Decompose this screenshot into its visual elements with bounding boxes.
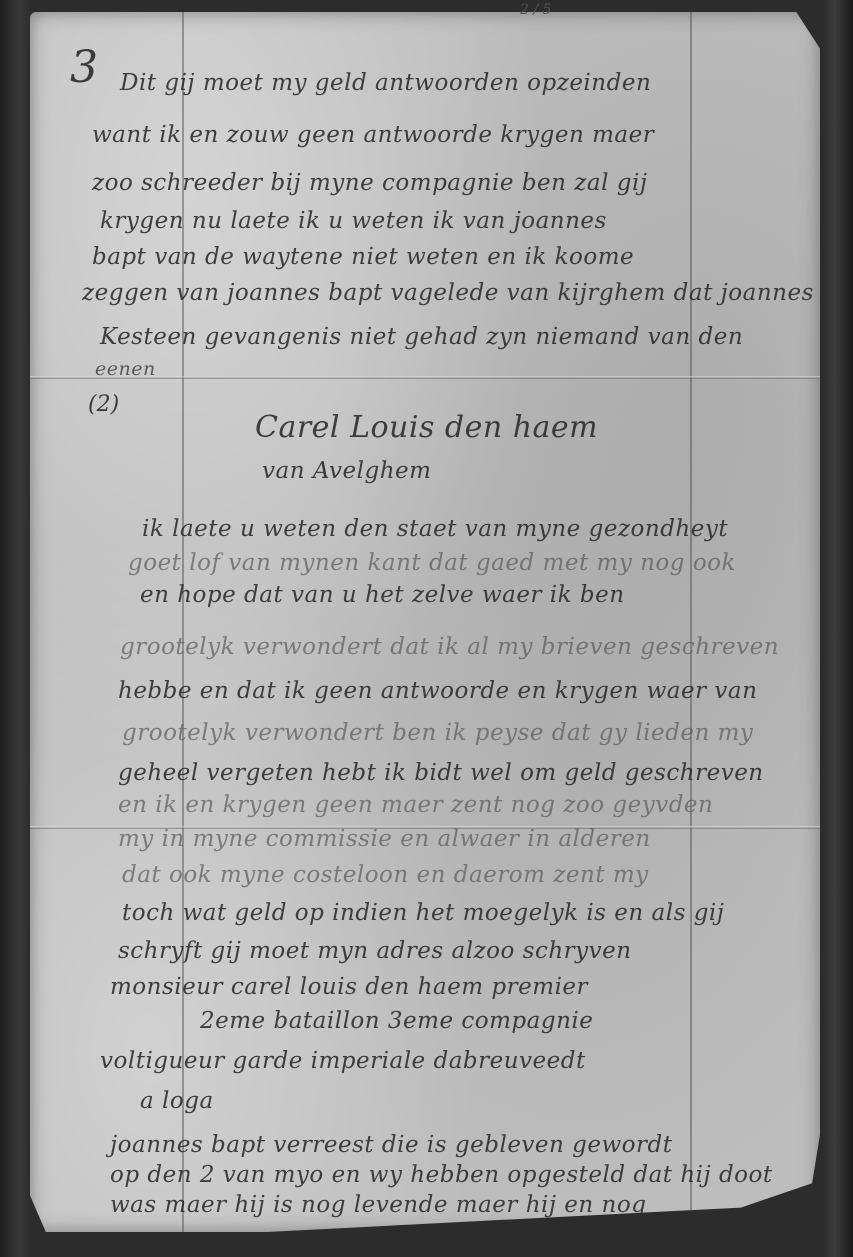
- body-line: en hope dat van u het zelve waer ik ben: [140, 582, 625, 608]
- upper-line: krygen nu laete ik u weten ik van joanne…: [100, 208, 607, 234]
- section-mark-top: 3: [70, 42, 98, 93]
- address-line: a loga: [140, 1088, 214, 1114]
- paper-sheet: 3 (2) Dit gij moet my geld antwoorden op…: [30, 12, 820, 1232]
- body-line: en ik en krygen geen maer zent nog zoo g…: [118, 792, 713, 818]
- body-line: dat ook myne costeloon en daerom zent my: [122, 862, 649, 888]
- section-mark-middle: (2): [88, 392, 119, 417]
- address-line: 2eme bataillon 3eme compagnie: [200, 1008, 593, 1034]
- document-scan: 3 (2) Dit gij moet my geld antwoorden op…: [0, 0, 853, 1257]
- page-number: 2 / 5: [520, 2, 551, 18]
- postscript-line: op den 2 van myo en wy hebben opgesteld …: [110, 1162, 773, 1188]
- sender-origin: van Avelghem: [262, 458, 431, 484]
- body-line: ik laete u weten den staet van myne gezo…: [142, 516, 728, 542]
- body-line: geheel vergeten hebt ik bidt wel om geld…: [118, 760, 764, 786]
- body-line: goet lof van mynen kant dat gaed met my …: [128, 550, 736, 576]
- address-line: voltigueur garde imperiale dabreuveedt: [100, 1048, 586, 1074]
- upper-line: bapt van de waytene niet weten en ik koo…: [92, 244, 634, 270]
- sender-name: Carel Louis den haem: [255, 410, 598, 445]
- upper-line: want ik en zouw geen antwoorde krygen ma…: [92, 122, 654, 148]
- upper-line: Kesteen gevangenis niet gehad zyn nieman…: [100, 324, 743, 350]
- body-line: toch wat geld op indien het moegelyk is …: [122, 900, 724, 926]
- right-margin-rule: [690, 12, 692, 1232]
- postscript-line: was maer hij is nog levende maer hij en …: [110, 1192, 646, 1218]
- body-line: hebbe en dat ik geen antwoorde en krygen…: [118, 678, 757, 704]
- body-line: grootelyk verwondert ben ik peyse dat gy…: [122, 720, 753, 746]
- upper-line: zeggen van joannes bapt vagelede van kij…: [82, 280, 814, 306]
- body-line: my in myne commissie en alwaer in aldere…: [118, 826, 651, 852]
- upper-line: zoo schreeder bij myne compagnie ben zal…: [92, 170, 648, 196]
- postscript-line: joannes bapt verreest die is gebleven ge…: [110, 1132, 672, 1158]
- address-line: monsieur carel louis den haem premier: [110, 974, 588, 1000]
- body-line: grootelyk verwondert dat ik al my brieve…: [120, 634, 779, 660]
- upper-line: eenen: [95, 358, 156, 380]
- body-line: schryft gij moet myn adres alzoo schryve…: [118, 938, 632, 964]
- upper-line: Dit gij moet my geld antwoorden opzeinde…: [120, 70, 651, 96]
